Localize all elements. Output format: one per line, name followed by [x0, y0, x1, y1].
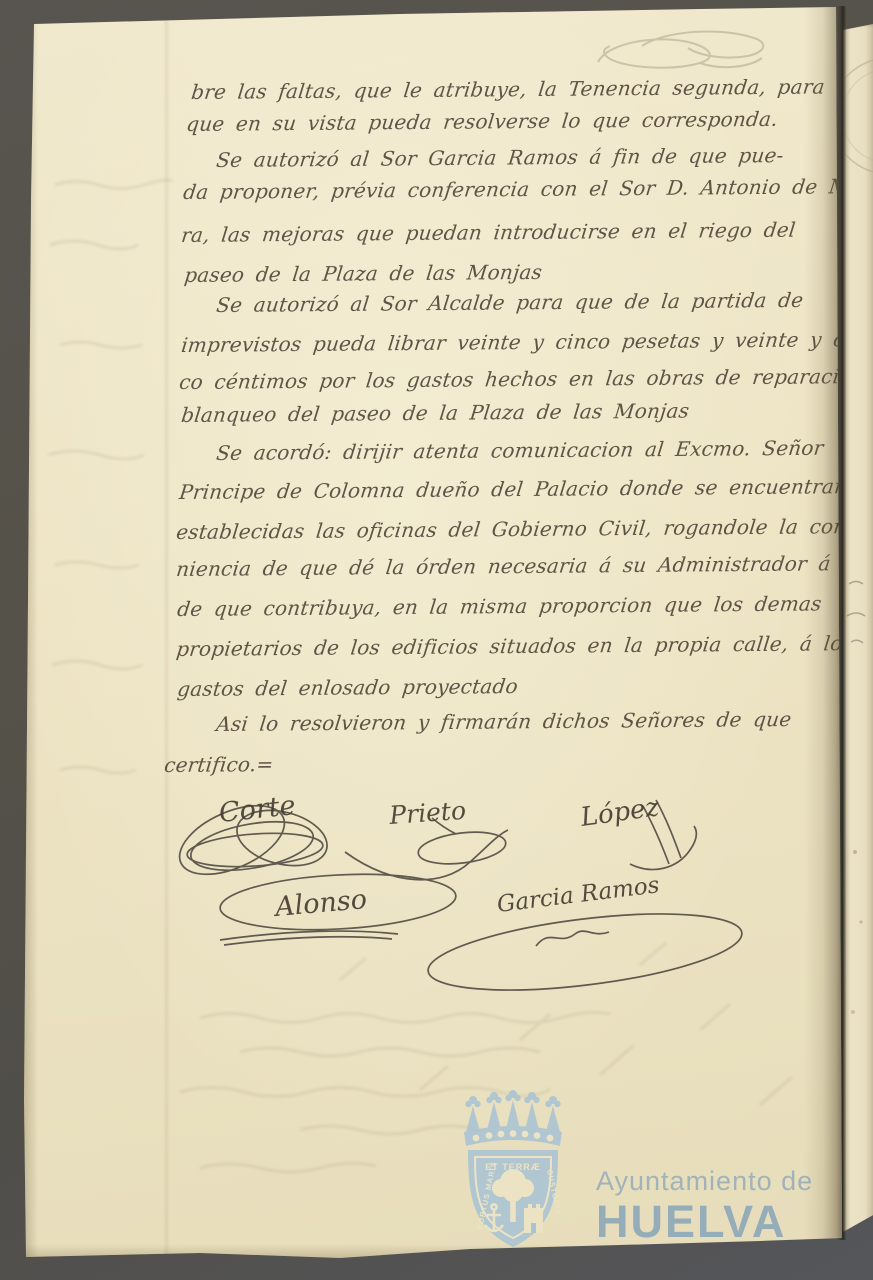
page-edge-shadow-bottom	[0, 1244, 873, 1262]
adjacent-page-edge	[843, 24, 873, 1232]
foxing-spot	[851, 1010, 855, 1014]
watermark-city-text: HUELVA	[596, 1196, 786, 1248]
foxing-spot	[859, 920, 862, 923]
ink-stamp-mark-inner	[843, 69, 873, 163]
scanned-document: bre las faltas, que le atribuye, la Tene…	[0, 0, 873, 1280]
signature-alonso: Alonso	[271, 884, 368, 923]
page-edge-shadow-left	[24, 0, 38, 1280]
signature-prieto: Prieto	[387, 796, 467, 830]
huelva-crest-icon: ET TERRÆ PORTUS MARIS CUSTODIA	[452, 1080, 576, 1252]
signature-flourish-garcia-ramos	[424, 900, 746, 1004]
signature-garcia-ramos: Garcia Ramos	[496, 872, 662, 918]
signatures-block: Corte Prieto López Alonso Garcia Ramos	[0, 0, 873, 1280]
adjacent-page-marks	[843, 24, 873, 1232]
handwriting-fragment	[847, 582, 865, 644]
page-fold-shadow	[804, 0, 842, 1280]
ink-stamp-mark	[843, 58, 873, 174]
manuscript-page: bre las faltas, que le atribuye, la Tene…	[0, 0, 873, 1280]
signature-lopez: López	[578, 792, 661, 833]
foxing-spot	[853, 850, 857, 854]
watermark-org-text: Ayuntamiento de	[596, 1166, 813, 1197]
